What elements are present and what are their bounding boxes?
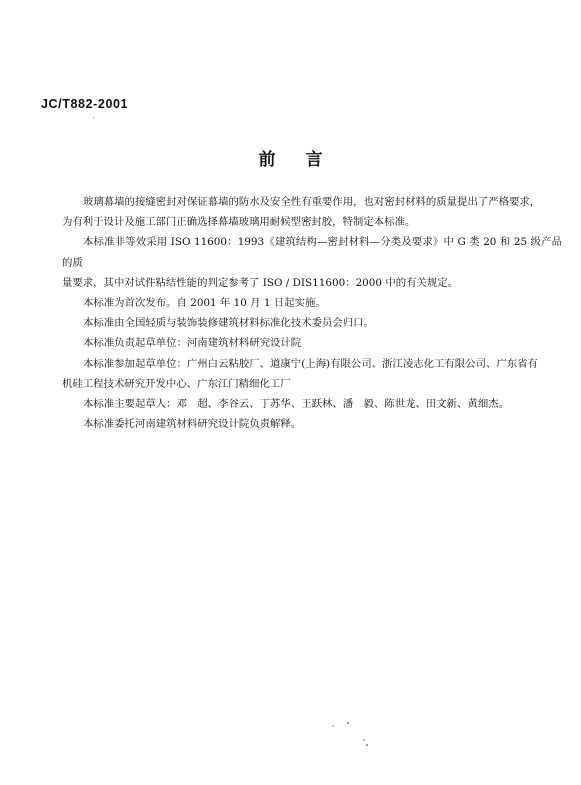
title-char-1: 前 [259, 150, 276, 170]
paragraph-adoption: 本标准非等效采用 ISO 11600：1993《建筑结构—密封材料—分类及要求》… [62, 232, 562, 293]
paragraph-interpretation: 本标准委托河南建筑材料研究设计院负责解释。 [62, 414, 562, 434]
paragraph-line: 本标准负责起草单位：河南建筑材料研究设计院 [62, 333, 562, 353]
paragraph-line: 本标准主要起草人：邓 超、李谷云、丁苏华、王跃林、潘 毅、陈世龙、田文新、黄细杰… [62, 394, 562, 414]
scan-speck [347, 722, 349, 724]
paragraph-main-drafters: 本标准主要起草人：邓 超、李谷云、丁苏华、王跃林、潘 毅、陈世龙、田文新、黄细杰… [62, 394, 562, 414]
paragraph-line: 机硅工程技术研究开发中心、广东江门精细化工厂 [41, 374, 562, 394]
scan-speck [332, 725, 334, 727]
paragraph-lead-drafter: 本标准负责起草单位：河南建筑材料研究设计院 [62, 333, 562, 353]
paragraph-purpose: 玻璃幕墙的接缝密封对保证幕墙的防水及安全性有重要作用，也对密封材料的质量提出了严… [62, 192, 562, 232]
scan-speck [363, 739, 365, 741]
scan-speck [366, 744, 368, 746]
paragraph-line: 本标准为首次发布。自 2001 年 10 月 1 日起实施。 [62, 293, 562, 313]
paragraph-committee: 本标准由全国轻质与装饰装修建筑材料标准化技术委员会归口。 [62, 313, 562, 333]
title-char-2: 言 [306, 150, 323, 170]
paragraph-line: 本标准参加起草单位：广州白云粘胶厂、道康宁(上海)有限公司、浙江凌志化工有限公司… [62, 354, 562, 374]
page-title: 前言 [0, 145, 581, 170]
standard-code: JC/T882-2001 [41, 97, 128, 111]
paragraph-participating-units: 本标准参加起草单位：广州白云粘胶厂、道康宁(上海)有限公司、浙江凌志化工有限公司… [62, 354, 562, 394]
paragraph-line: 量要求，其中对试件粘结性能的判定参考了 ISO / DIS11600：2000 … [41, 273, 562, 293]
paragraph-line: 本标准由全国轻质与装饰装修建筑材料标准化技术委员会归口。 [62, 313, 562, 333]
paragraph-line: 玻璃幕墙的接缝密封对保证幕墙的防水及安全性有重要作用，也对密封材料的质量提出了严… [62, 192, 562, 212]
scan-speck [93, 117, 94, 118]
paragraph-line: 为有利于设计及施工部门正确选择幕墙玻璃用耐候型密封胶，特制定本标准。 [41, 212, 562, 232]
foreword-body: 玻璃幕墙的接缝密封对保证幕墙的防水及安全性有重要作用，也对密封材料的质量提出了严… [62, 192, 562, 434]
paragraph-line: 本标准委托河南建筑材料研究设计院负责解释。 [62, 414, 562, 434]
paragraph-line: 本标准非等效采用 ISO 11600：1993《建筑结构—密封材料—分类及要求》… [62, 232, 562, 272]
paragraph-effective-date: 本标准为首次发布。自 2001 年 10 月 1 日起实施。 [62, 293, 562, 313]
